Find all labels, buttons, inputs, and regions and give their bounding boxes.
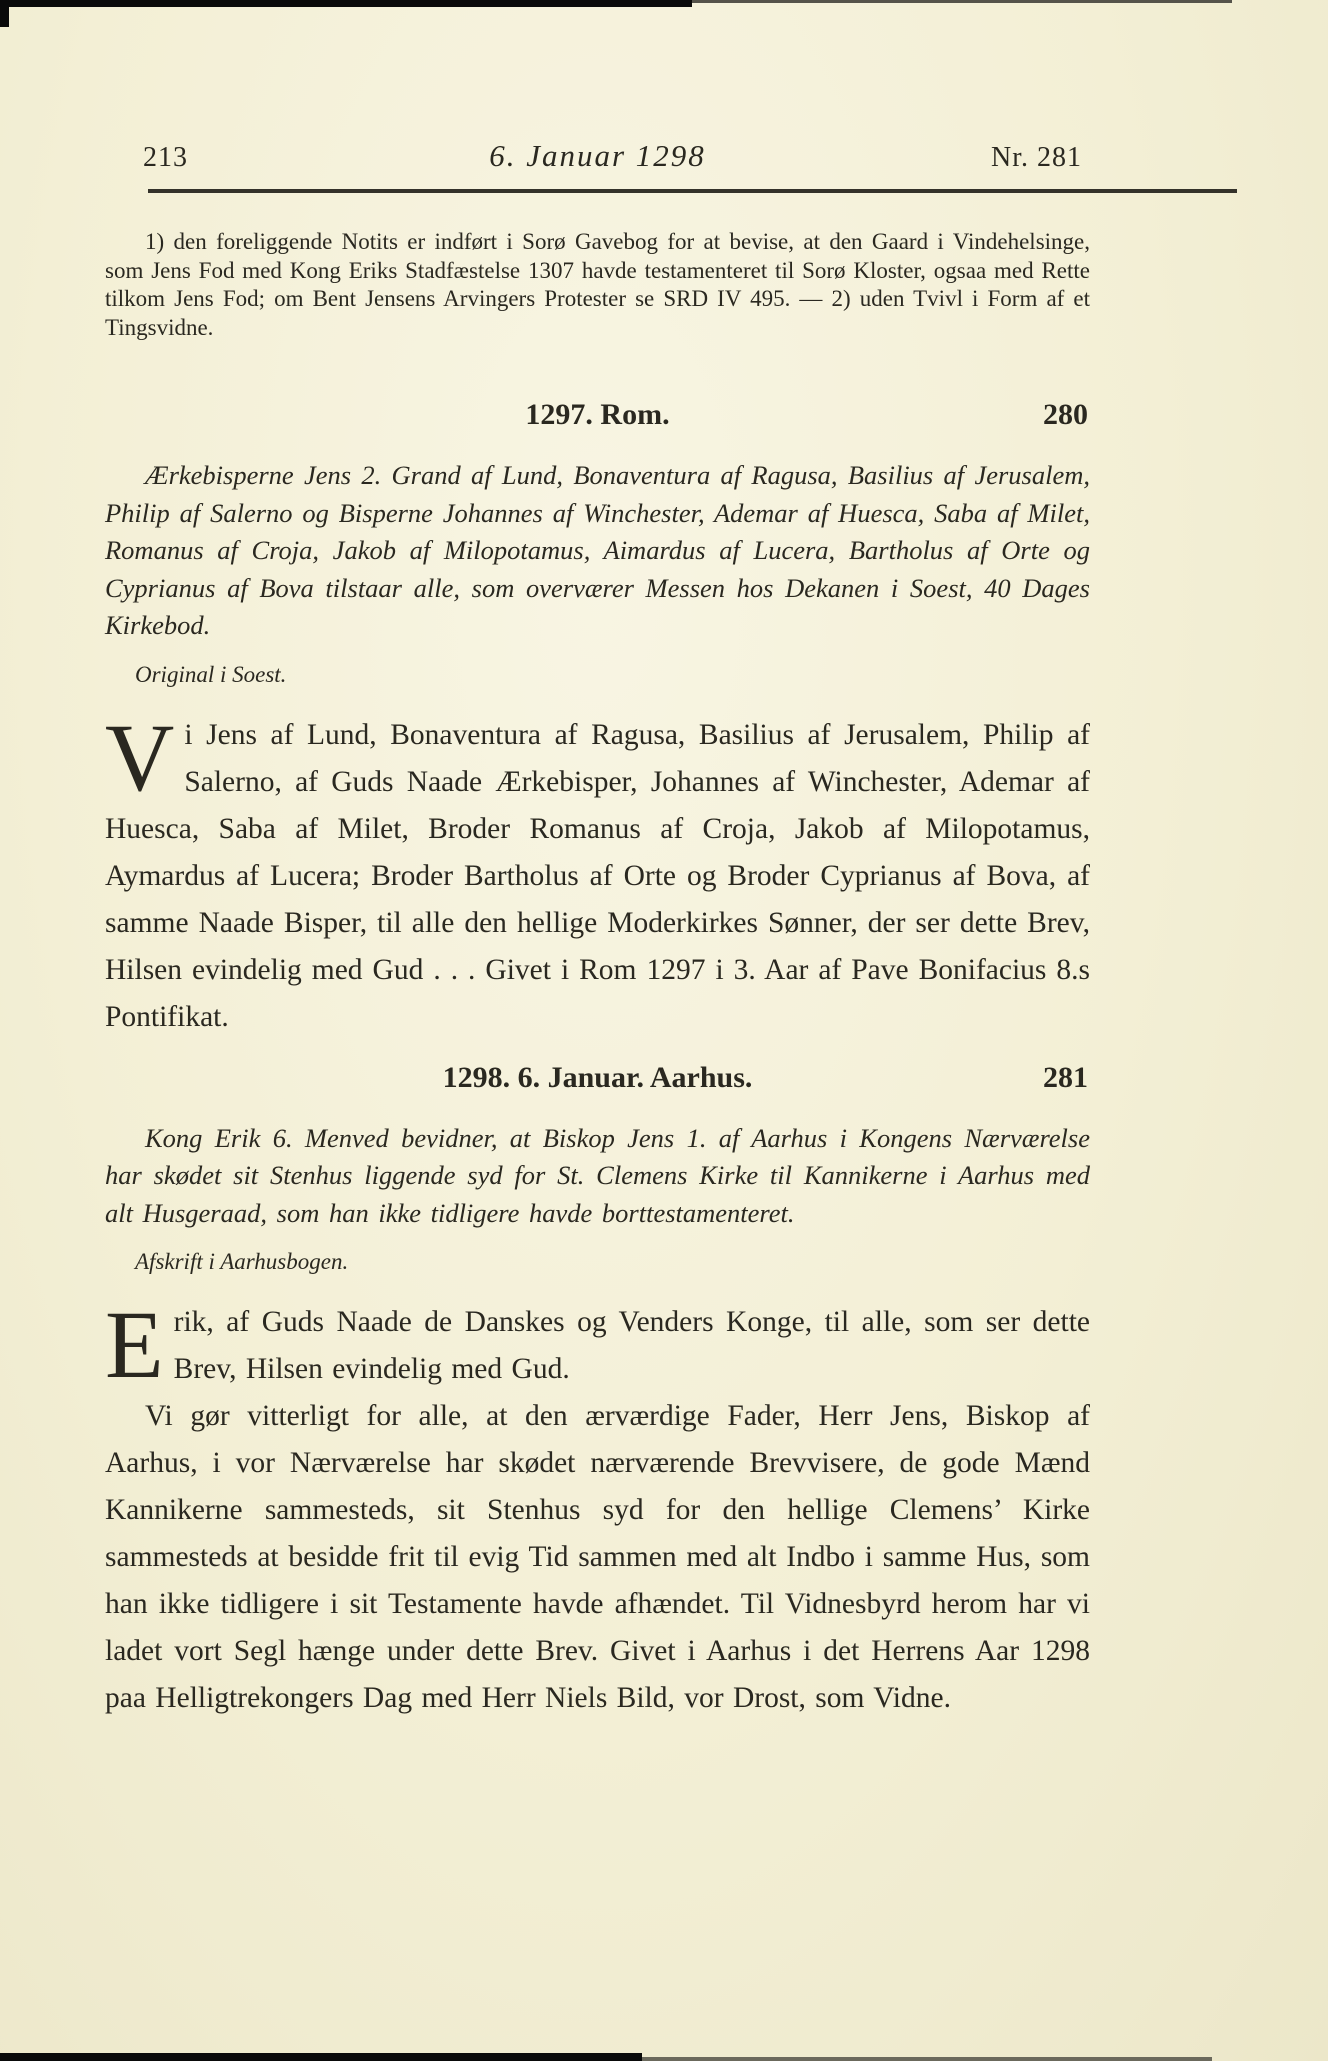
- entry-281-body-text: rik, af Guds Naade de Danskes og Venders…: [174, 1306, 1090, 1385]
- entry-281: 1298. 6. Januar. Aarhus. 281 Kong Erik 6…: [105, 1061, 1090, 1723]
- running-title: 6. Januar 1298: [489, 138, 706, 174]
- entry-280: 1297. Rom. 280 Ærkebisperne Jens 2. Gran…: [105, 398, 1090, 1041]
- document-number-header: Nr. 281: [991, 142, 1082, 174]
- scan-edge-bottom-faint: [642, 2057, 1212, 2061]
- entry-280-regest: Ærkebisperne Jens 2. Grand af Lund, Bona…: [105, 457, 1090, 645]
- entry-280-heading-row: 1297. Rom. 280: [105, 398, 1090, 436]
- scanned-book-page: { "page": { "header": { "page_number": "…: [0, 0, 1328, 2061]
- entry-281-drop-cap: E: [105, 1299, 174, 1383]
- entry-281-heading-row: 1298. 6. Januar. Aarhus. 281: [105, 1061, 1090, 1099]
- scan-edge-bottom: [0, 2053, 642, 2061]
- entry-281-source-note: Afskrift i Aarhusbogen.: [105, 1249, 1090, 1275]
- entry-280-heading: 1297. Rom.: [525, 398, 669, 431]
- page-header: 213 6. Januar 1298 Nr. 281: [105, 140, 1090, 178]
- entry-280-body: Vi Jens af Lund, Bonaventura af Ragusa, …: [105, 712, 1090, 1041]
- entry-281-regest: Kong Erik 6. Menved bevidner, at Biskop …: [105, 1120, 1090, 1233]
- entry-280-drop-cap: V: [105, 712, 184, 796]
- text-column: 213 6. Januar 1298 Nr. 281 1) den foreli…: [105, 0, 1090, 1722]
- entry-281-number: 281: [1043, 1061, 1088, 1095]
- footnote-text: 1) den foreliggende Notits er indført i …: [105, 228, 1090, 342]
- entry-281-heading: 1298. 6. Januar. Aarhus.: [443, 1061, 753, 1094]
- scan-edge-corner: [0, 0, 9, 27]
- entry-280-source-note: Original i Soest.: [105, 662, 1090, 688]
- entry-280-body-text: i Jens af Lund, Bonaventura af Ragusa, B…: [105, 719, 1090, 1033]
- entry-281-body-continued: Vi gør vitterligt for alle, at den ærvær…: [105, 1393, 1090, 1722]
- entry-280-number: 280: [1043, 398, 1088, 432]
- page-number: 213: [143, 142, 188, 174]
- entry-281-body: Erik, af Guds Naade de Danskes og Vender…: [105, 1299, 1090, 1393]
